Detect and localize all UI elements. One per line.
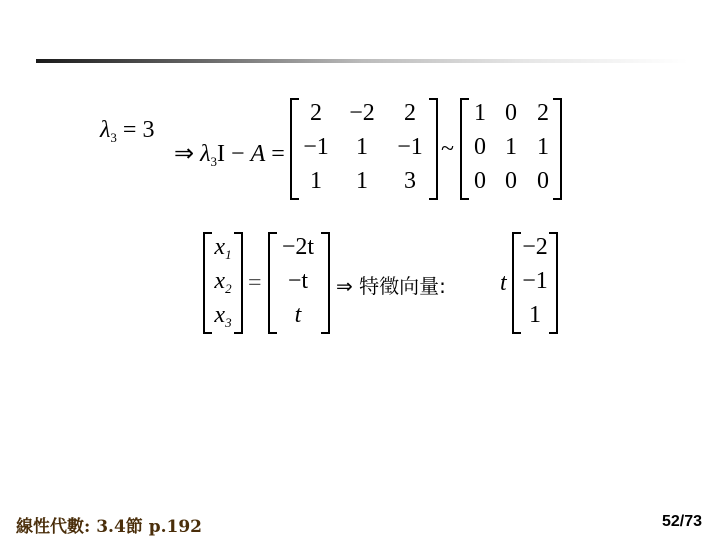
param-t: t xyxy=(500,270,507,297)
vector-solution: −2t −t t xyxy=(268,232,330,334)
matrix-a: 2 −2 2 −1 1 −1 1 1 3 xyxy=(290,98,438,200)
footer-source: 線性代數: 3.4節 p.192 xyxy=(16,512,202,537)
eigenvector-label: ⇒ 特徵向量: xyxy=(336,270,446,299)
eigenvalue-eq: λ3 = 3 xyxy=(100,117,154,146)
title-divider xyxy=(36,59,688,63)
eigenvector: −2 −1 1 xyxy=(512,232,558,334)
tilde: ~ xyxy=(441,136,454,163)
lambda-i-minus-a: ⇒ λ3I − A = xyxy=(174,139,285,170)
equals: = xyxy=(248,270,262,297)
page-number: 52/73 xyxy=(662,513,702,531)
vector-x: x1 x2 x3 xyxy=(203,232,243,334)
matrix-rref: 1 0 2 0 1 1 0 0 0 xyxy=(460,98,562,200)
